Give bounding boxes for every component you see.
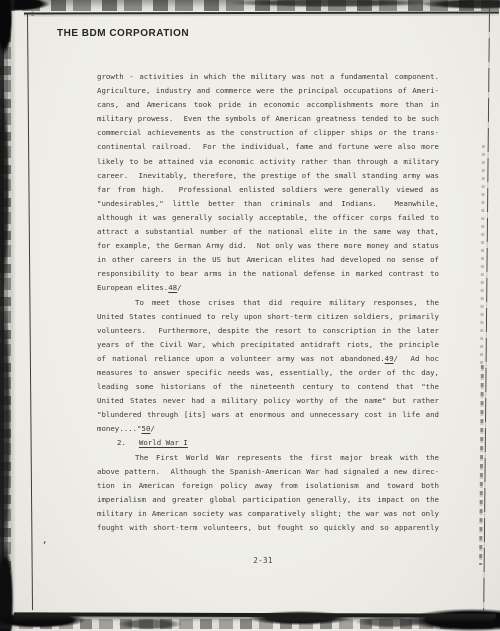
text-segment: To meet those crises that did require mi…	[135, 298, 439, 307]
page-border-left	[27, 13, 33, 610]
text-segment: years of the Civil War, which precipitat…	[97, 340, 439, 349]
text-line: European elites.48/	[97, 281, 439, 295]
text-segment: Agriculture, industry and commerce were …	[97, 86, 439, 95]
text-segment: far from high. Professional enlisted sol…	[97, 185, 439, 194]
text-segment: above pattern. Although the Spanish-Amer…	[97, 467, 439, 476]
text-segment: /	[150, 424, 154, 433]
text-segment: European elites.	[97, 283, 168, 292]
text-segment: measures to answer specific needs was, e…	[97, 368, 439, 377]
text-segment: volunteers. Furthermore, despite the res…	[97, 326, 439, 335]
text-segment: career. Inevitably, therefore, the prest…	[97, 171, 439, 180]
text-segment: / Ad hoc	[394, 354, 439, 363]
text-segment: leading some historians of the nineteent…	[97, 382, 439, 391]
text-line: Agriculture, industry and commerce were …	[97, 84, 439, 98]
text-line: above pattern. Although the Spanish-Amer…	[97, 465, 439, 479]
text-line: growth - activities in which the militar…	[97, 70, 439, 84]
text-segment: 2.	[117, 438, 126, 447]
text-line: in other careers in the US but American …	[97, 253, 439, 267]
text-line: military prowess. Even the symbols of Am…	[97, 112, 439, 126]
text-segment: "undesirables," little better than crimi…	[97, 199, 439, 208]
text-segment: responsibility to bear arms in the natio…	[97, 269, 439, 278]
text-segment: attract a substantial number of the nati…	[97, 227, 439, 236]
text-line: United States never had a military polic…	[97, 394, 439, 408]
text-segment: The First World War represents the first…	[135, 453, 439, 462]
text-line: volunteers. Furthermore, despite the res…	[97, 324, 439, 338]
text-line: imperialism and greater global participa…	[97, 493, 439, 507]
letterhead: THE BDM CORPORATION	[57, 28, 189, 39]
text-line: years of the Civil War, which precipitat…	[97, 338, 439, 352]
bleed-through-marks	[479, 365, 484, 565]
underlined-text: World War I	[139, 438, 188, 447]
text-line: 2.World War I	[97, 436, 439, 450]
scan-artifact-mark: 2	[31, 11, 35, 18]
text-segment: "blundered through [its] wars at enormou…	[97, 410, 439, 419]
text-line: responsibility to bear arms in the natio…	[97, 267, 439, 281]
text-line: attract a substantial number of the nati…	[97, 225, 439, 239]
text-line: continental railroad. For the individual…	[97, 140, 439, 154]
text-line: far from high. Professional enlisted sol…	[97, 183, 439, 197]
text-line: United States continued to rely upon sho…	[97, 310, 439, 324]
text-line: fought with short-term volunteers, but f…	[97, 521, 439, 535]
text-line: tion in American foreign policy away fro…	[97, 479, 439, 493]
page-border-right	[483, 8, 490, 612]
scan-bottom-rule	[14, 612, 496, 617]
text-segment: tion in American foreign policy away fro…	[97, 481, 439, 490]
text-line: "blundered through [its] wars at enormou…	[97, 408, 439, 422]
text-line: To meet those crises that did require mi…	[97, 296, 439, 310]
text-segment: for example, the German Army did. Not on…	[97, 241, 439, 250]
text-line: although it was generally socially accep…	[97, 211, 439, 225]
text-segment: military in American society was compara…	[97, 509, 439, 518]
scan-edge-bottom	[0, 605, 500, 631]
text-segment: imperialism and greater global participa…	[97, 495, 439, 504]
text-segment: commercial achievements as the construct…	[97, 128, 439, 137]
text-line: measures to answer specific needs was, e…	[97, 366, 439, 380]
text-segment: military prowess. Even the symbols of Am…	[97, 114, 439, 123]
text-segment: of national reliance upon a volunteer ar…	[97, 354, 385, 363]
page-border-top	[24, 12, 499, 15]
bleed-through-marks	[480, 145, 485, 365]
text-line: career. Inevitably, therefore, the prest…	[97, 169, 439, 183]
text-block: growth - activities in which the militar…	[97, 70, 439, 535]
page-number: 2-31	[88, 556, 438, 565]
text-segment: likely to be attained via economic activ…	[97, 157, 439, 166]
text-segment: fought with short-term volunteers, but f…	[97, 523, 439, 532]
text-segment: cans, and Americans took pride in econom…	[97, 100, 439, 109]
underlined-text: 48	[168, 283, 177, 292]
text-line: for example, the German Army did. Not on…	[97, 239, 439, 253]
text-segment: United States continued to rely upon sho…	[97, 312, 439, 321]
text-segment: United States never had a military polic…	[97, 396, 439, 405]
text-line: cans, and Americans took pride in econom…	[97, 98, 439, 112]
text-line: of national reliance upon a volunteer ar…	[97, 352, 439, 366]
text-line: likely to be attained via economic activ…	[97, 155, 439, 169]
scanned-document-page: 2 THE BDM CORPORATION growth - activitie…	[0, 0, 500, 631]
text-segment: although it was generally socially accep…	[97, 213, 439, 222]
scan-edge-left	[0, 0, 18, 631]
text-line: The First World War represents the first…	[97, 451, 439, 465]
text-segment: in other careers in the US but American …	[97, 255, 439, 264]
scan-artifact-mark: ,	[42, 536, 47, 546]
scan-edge-top	[0, 0, 500, 11]
text-line: money...."50/	[97, 422, 439, 436]
text-line: military in American society was compara…	[97, 507, 439, 521]
text-segment: money...."	[97, 424, 142, 433]
underlined-text: 49	[385, 354, 394, 363]
text-line: leading some historians of the nineteent…	[97, 380, 439, 394]
text-line: commercial achievements as the construct…	[97, 126, 439, 140]
text-segment: continental railroad. For the individual…	[97, 142, 439, 151]
text-segment: growth - activities in which the militar…	[97, 72, 439, 81]
text-segment: /	[177, 283, 181, 292]
text-line: "undesirables," little better than crimi…	[97, 197, 439, 211]
